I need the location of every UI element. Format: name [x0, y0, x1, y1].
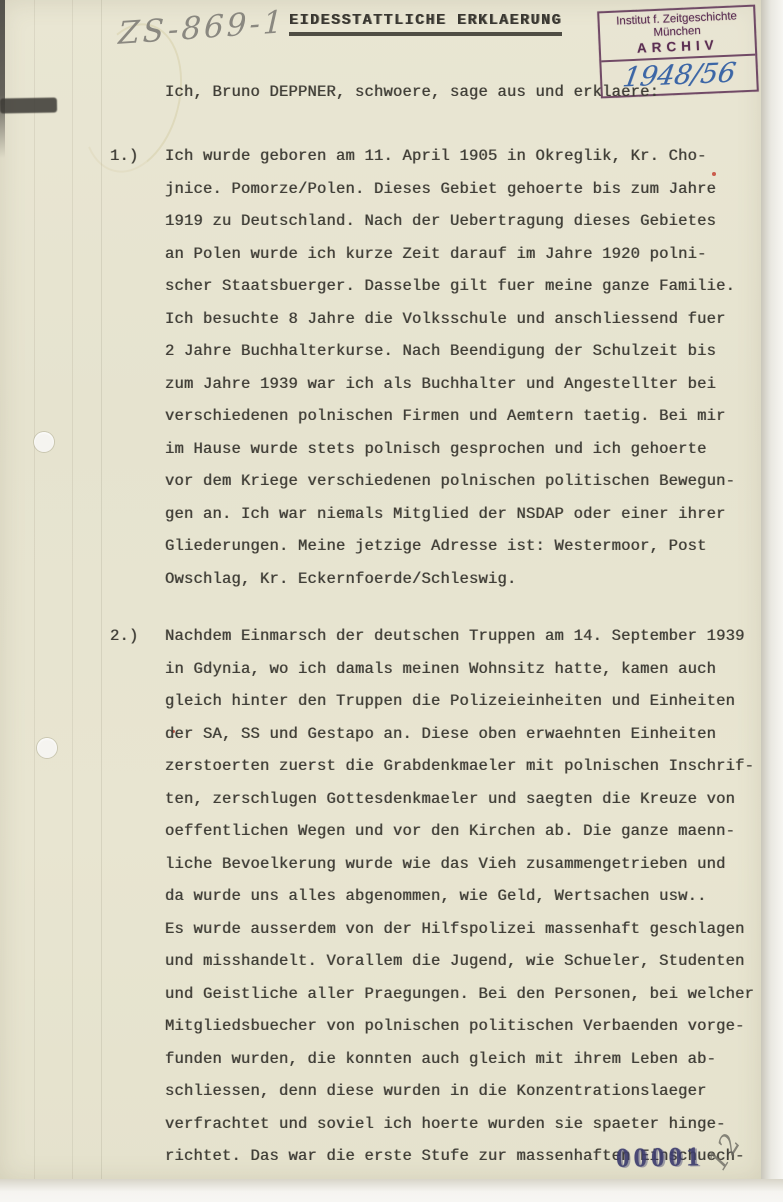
scan-edge-artifact	[0, 0, 5, 158]
text-line: 2 Jahre Buchhalterkurse. Nach Beendigung…	[165, 335, 750, 368]
text-line: Gliederungen. Meine jetzige Adresse ist:…	[165, 530, 750, 563]
scan-background-right	[761, 0, 783, 1181]
text-line: 1919 zu Deutschland. Nach der Uebertragu…	[165, 205, 750, 238]
scanned-document: ZS-869-1 EIDESSTATTLICHE ERKLAERUNG Inst…	[0, 0, 783, 1202]
text-line: ten, zerschlugen Gottesdenkmaeler und sa…	[165, 783, 750, 816]
text-line: oeffentlichen Wegen und vor den Kirchen …	[165, 815, 750, 848]
text-line: der SA, SS und Gestapo an. Diese oben er…	[165, 718, 750, 751]
archive-reference-handwritten: ZS-869-1	[118, 4, 287, 52]
text-line: da wurde uns alles abgenommen, wie Geld,…	[165, 880, 750, 913]
text-line: liche Bevoelkerung wurde wie das Vieh zu…	[165, 848, 750, 881]
text-line: funden wurden, die konnten auch gleich m…	[165, 1043, 750, 1076]
archive-stamp-text: Institut f. Zeitgeschichte München ARCHI…	[599, 7, 755, 63]
text-line: vor dem Kriege verschiedenen polnischen …	[165, 465, 750, 498]
paper-crease	[72, 0, 73, 1181]
scan-edge-artifact	[0, 98, 57, 114]
text-line: an Polen wurde ich kurze Zeit darauf im …	[165, 238, 750, 271]
text-line: und Geistliche aller Praegungen. Bei den…	[165, 978, 750, 1011]
text-line: schliessen, denn diese wurden in die Kon…	[165, 1075, 750, 1108]
text-line: verschiedenen polnischen Firmen und Aemt…	[165, 400, 750, 433]
paragraph-2-number: 2.)	[110, 620, 139, 653]
paragraph-2-body: Nachdem Einmarsch der deutschen Truppen …	[165, 620, 750, 1173]
text-line: Mitgliedsbuecher von polnischen politisc…	[165, 1010, 750, 1043]
text-line: gen an. Ich war niemals Mitglied der NSD…	[165, 498, 750, 531]
text-line: Es wurde ausserdem von der Hilfspolizei …	[165, 913, 750, 946]
text-line: Ich wurde geboren am 11. April 1905 in O…	[165, 140, 750, 173]
text-line: im Hause wurde stets polnisch gesprochen…	[165, 433, 750, 466]
hole-punch-top	[34, 432, 54, 452]
text-line: in Gdynia, wo ich damals meinen Wohnsitz…	[165, 653, 750, 686]
text-line: Owschlag, Kr. Eckernfoerde/Schleswig.	[165, 563, 750, 596]
hole-punch-bottom	[37, 738, 57, 758]
text-line: verfrachtet und soviel ich hoerte wurden…	[165, 1108, 750, 1141]
paper-crease	[34, 0, 35, 1181]
scan-background-bottom	[0, 1179, 783, 1202]
paper-crease	[101, 0, 102, 1181]
paragraph-1-body: Ich wurde geboren am 11. April 1905 in O…	[165, 140, 750, 595]
document-title: EIDESSTATTLICHE ERKLAERUNG	[289, 12, 562, 36]
text-line: zum Jahre 1939 war ich als Buchhalter un…	[165, 368, 750, 401]
paper-page: ZS-869-1 EIDESSTATTLICHE ERKLAERUNG Inst…	[0, 0, 763, 1181]
text-line: zerstoerten zuerst die Grabdenkmaeler mi…	[165, 750, 750, 783]
paragraph-1-number: 1.)	[110, 140, 139, 173]
text-line: scher Staatsbuerger. Dasselbe gilt fuer …	[165, 270, 750, 303]
text-line: gleich hinter den Truppen die Polizeiein…	[165, 685, 750, 718]
text-line: jnice. Pomorze/Polen. Dieses Gebiet geho…	[165, 173, 750, 206]
text-line: Ich besuchte 8 Jahre die Volksschule und…	[165, 303, 750, 336]
page-number-stamp: 00001	[616, 1141, 704, 1174]
text-line: und misshandelt. Vorallem die Jugend, wi…	[165, 945, 750, 978]
declaration-intro-line: Ich, Bruno DEPPNER, schwoere, sage aus u…	[165, 76, 659, 109]
text-line: Nachdem Einmarsch der deutschen Truppen …	[165, 620, 750, 653]
